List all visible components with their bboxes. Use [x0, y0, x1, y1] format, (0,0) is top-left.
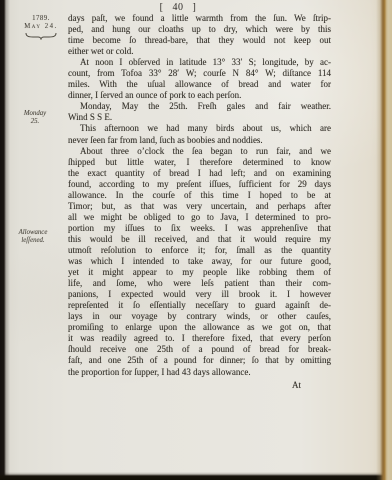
- text-line: was which I intended to take away, for o…: [68, 256, 331, 267]
- text-line: lays in our voyage by contrary winds, or…: [68, 311, 331, 322]
- paragraph: This afternoon we had many birds about u…: [68, 123, 331, 145]
- text-line: this would be ill received, and that it …: [68, 234, 331, 245]
- text-line: Timor; but, as that was very uncertain, …: [68, 201, 331, 212]
- margin-note-monday: Monday 25.: [6, 110, 64, 126]
- text-line: ſhipped but little water, I therefore de…: [68, 157, 331, 168]
- text-line: repreſented it ſo eſſentially neceſſary …: [68, 300, 331, 311]
- book-page-photo: [ 40 ] 1789. May 24. Monday 25. Allowanc…: [0, 0, 392, 480]
- text-line: dinner, I ſerved an ounce of pork to eac…: [68, 90, 331, 101]
- text-line: days paſt, we found a little warmth from…: [68, 13, 331, 24]
- page-right-edge: [376, 0, 392, 480]
- text-line: At noon I obſerved in latitude 13° 33′ S…: [68, 57, 331, 68]
- margin-note-date: 1789. May 24.: [12, 15, 70, 40]
- text-line: the exact quantity of bread I had left; …: [68, 168, 331, 179]
- text-line: faſt, and one 25th of a pound for dinner…: [68, 355, 331, 366]
- page-number: [ 40 ]: [146, 2, 210, 13]
- text-line: life, and ſome, who were leſs patient th…: [68, 278, 331, 289]
- text-line: never ſeen far from land, ſuch as boobie…: [68, 135, 331, 146]
- photo-bottom-edge: [0, 472, 392, 480]
- text-line: allowance. In the courſe of this time I …: [68, 190, 331, 201]
- margin-note-line: 25.: [6, 118, 64, 126]
- text-line: Wind S S E.: [68, 112, 331, 123]
- text-line: ped, and hung our cloaths up to dry, whi…: [68, 24, 331, 35]
- text-line: the proportion for ſupper, I had 43 days…: [68, 367, 331, 378]
- margin-note-year: 1789.: [12, 15, 70, 23]
- margin-note-line: Monday: [6, 110, 64, 118]
- paragraph-container: days paſt, we found a little warmth from…: [68, 13, 331, 378]
- underbrace-icon: [25, 32, 57, 40]
- text-line: found, according to my preſent iſſues, ſ…: [68, 179, 331, 190]
- text-line: yet it might appear to my people like ro…: [68, 267, 331, 278]
- catchword: At: [68, 380, 331, 391]
- text-line: Monday, May the 25th. Freſh gales and fa…: [68, 101, 331, 112]
- text-line: portion my iſſues to ſix weeks. I was ap…: [68, 223, 331, 234]
- margin-note-line: leſſened.: [4, 237, 62, 245]
- text-line: miles. With the uſual allowance of bread…: [68, 79, 331, 90]
- text-line: time become ſo thread-bare, that they wo…: [68, 35, 331, 46]
- text-line: count, from Tofoa 33° 28′ W; courſe N 84…: [68, 68, 331, 79]
- text-line: utmoſt reſolution to enforce it; for, ſm…: [68, 245, 331, 256]
- paragraph: About three o’clock the ſea began to run…: [68, 146, 331, 378]
- margin-note-allowance: Allowance leſſened.: [4, 229, 62, 245]
- paragraph: At noon I obſerved in latitude 13° 33′ S…: [68, 57, 331, 101]
- paragraph: days paſt, we found a little warmth from…: [68, 13, 331, 57]
- paragraph: Monday, May the 25th. Freſh gales and fa…: [68, 101, 331, 123]
- text-line: it was readily agreed to. I therefore fi…: [68, 333, 331, 344]
- text-line: panions, I expected would very ill brook…: [68, 289, 331, 300]
- margin-note-line: Allowance: [4, 229, 62, 237]
- text-line: all we might be obliged to go to Java, I…: [68, 212, 331, 223]
- text-line: promiſing to enlarge upon the allowance …: [68, 322, 331, 333]
- text-line: About three o’clock the ſea began to run…: [68, 146, 331, 157]
- text-line: ſhould receive one 25th of a pound of br…: [68, 344, 331, 355]
- margin-note-day: May 24.: [12, 23, 70, 31]
- text-line: This afternoon we had many birds about u…: [68, 123, 331, 134]
- text-column: days paſt, we found a little warmth from…: [68, 13, 331, 391]
- text-line: either wet or cold.: [68, 46, 331, 57]
